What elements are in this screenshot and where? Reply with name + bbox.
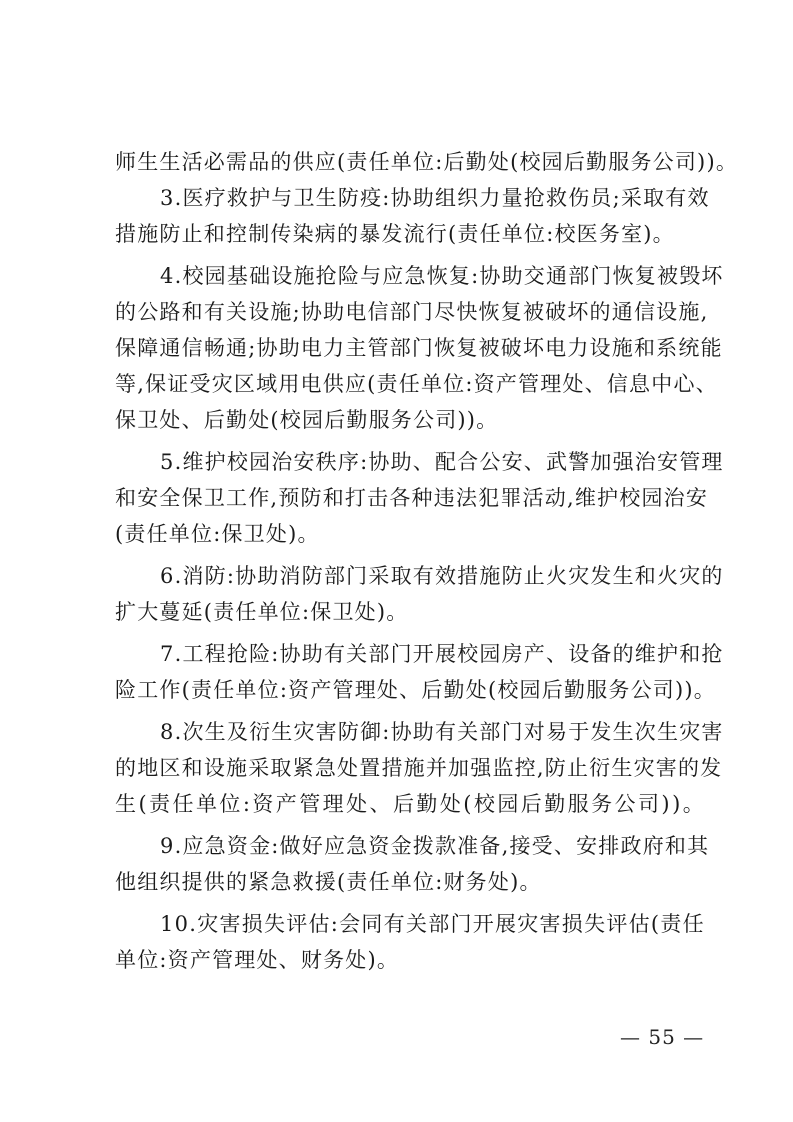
document-page: 师生生活必需品的供应(责任单位:后勤处(校园后勤服务公司))。3.医疗救护与卫生…	[0, 0, 793, 1122]
text-line: 措施防止和控制传染病的暴发流行(责任单位:校医务室)。	[115, 221, 705, 247]
text-line: 8.次生及衍生灾害防御:协助有关部门对易于发生次生灾害	[160, 719, 705, 745]
text-line: 的公路和有关设施;协助电信部门尽快恢复被破坏的通信设施,	[115, 299, 705, 325]
text-line: 他组织提供的紧急救援(责任单位:财务处)。	[115, 869, 705, 895]
text-line: 6.消防:协助消防部门采取有效措施防止火灾发生和火灾的	[160, 563, 705, 589]
text-line: 师生生活必需品的供应(责任单位:后勤处(校园后勤服务公司))。	[115, 149, 705, 175]
text-line: 扩大蔓延(责任单位:保卫处)。	[115, 599, 705, 625]
text-line: 4.校园基础设施抢险与应急恢复:协助交通部门恢复被毁坏	[160, 263, 705, 289]
text-line: 7.工程抢险:协助有关部门开展校园房产、设备的维护和抢	[160, 641, 705, 667]
text-line: 的地区和设施采取紧急处置措施并加强监控,防止衍生灾害的发	[115, 755, 705, 781]
text-line: 10.灾害损失评估:会同有关部门开展灾害损失评估(责任	[160, 911, 705, 937]
text-line: 保障通信畅通;协助电力主管部门恢复被破坏电力设施和系统能	[115, 335, 705, 361]
text-line: 5.维护校园治安秩序:协助、配合公安、武警加强治安管理	[160, 449, 705, 475]
page-number: — 55 —	[620, 1025, 704, 1049]
text-line: 保卫处、后勤处(校园后勤服务公司))。	[115, 407, 705, 433]
text-line: 9.应急资金:做好应急资金拨款准备,接受、安排政府和其	[160, 833, 705, 859]
text-line: 险工作(责任单位:资产管理处、后勤处(校园后勤服务公司))。	[115, 677, 705, 703]
text-line: 单位:资产管理处、财务处)。	[115, 947, 705, 973]
text-line: 等,保证受灾区域用电供应(责任单位:资产管理处、信息中心、	[115, 371, 705, 397]
text-line: 生(责任单位:资产管理处、后勤处(校园后勤服务公司))。	[115, 791, 705, 817]
text-line: (责任单位:保卫处)。	[115, 521, 705, 547]
text-line: 3.医疗救护与卫生防疫:协助组织力量抢救伤员;采取有效	[160, 185, 705, 211]
text-line: 和安全保卫工作,预防和打击各种违法犯罪活动,维护校园治安	[115, 485, 705, 511]
